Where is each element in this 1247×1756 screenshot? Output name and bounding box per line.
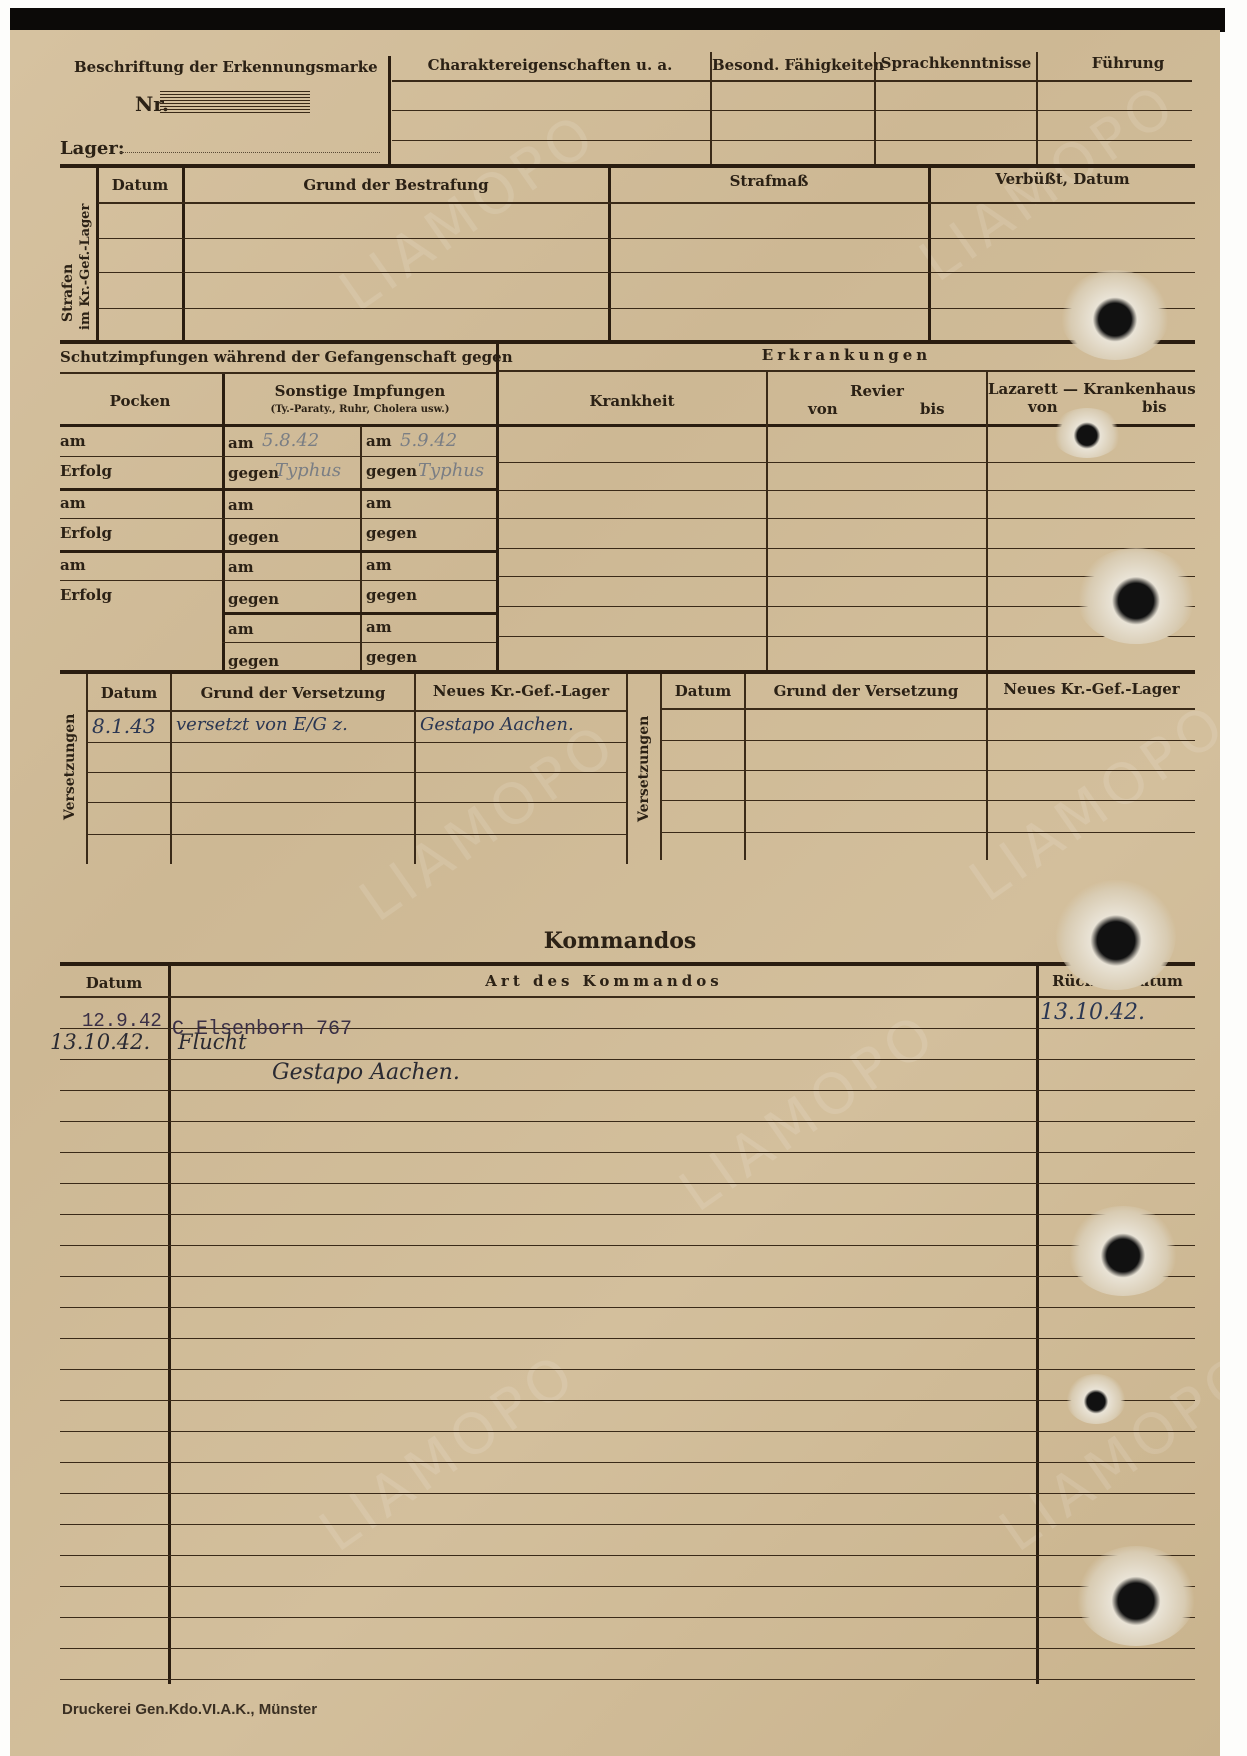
sonstige-gegen-label: gegen <box>228 528 279 546</box>
sonstige-gegen-label: gegen <box>366 648 417 666</box>
lazarett-label: Lazarett — Krankenhaus <box>988 380 1195 398</box>
sonstige-am-label: am <box>228 434 254 452</box>
bullet-hole <box>1056 880 1176 990</box>
vers-left-col-lager: Neues Kr.-Gef.-Lager <box>416 682 626 700</box>
versetzungen-side-label-right: Versetzungen <box>636 716 652 822</box>
kommandos-col-art: Art des Kommandos <box>172 972 1036 990</box>
versetzung-1-datum: 8.1.43 <box>92 714 156 738</box>
revier-label: Revier <box>768 382 986 400</box>
sonstige-am-label: am <box>228 496 254 514</box>
bullet-hole <box>1076 548 1196 644</box>
pocken-am-1: am <box>60 432 86 450</box>
sonstige-label: Sonstige Impfungen <box>224 382 496 400</box>
pocken-erfolg-2: Erfolg <box>60 524 112 542</box>
scan-edge <box>10 8 1225 32</box>
impfungen-title: Schutzimpfungen während der Gefangenscha… <box>60 348 513 366</box>
impfung-2-date: 5.9.42 <box>400 430 457 451</box>
sonstige-am-label: am <box>366 432 392 450</box>
kommando-1-datum: 12.9.42 <box>82 1010 162 1032</box>
vers-left-col-datum: Datum <box>88 684 170 702</box>
lager-field[interactable] <box>120 152 380 153</box>
impfung-2-disease: Typhus <box>418 460 484 481</box>
pocken-am-3: am <box>60 556 86 574</box>
kommandos-col-datum: Datum <box>60 974 168 992</box>
bullet-hole <box>1052 408 1122 458</box>
lager-label: Lager: <box>60 138 125 159</box>
sonstige-am-label: am <box>366 556 392 574</box>
sonstige-gegen-label: gegen <box>366 462 417 480</box>
vers-right-col-lager: Neues Kr.-Gef.-Lager <box>988 680 1195 698</box>
lazarett-von: von <box>1028 398 1058 416</box>
sonstige-gegen-label: gegen <box>228 652 279 670</box>
kommando-2-datum: 13.10.42. <box>50 1030 150 1054</box>
impfung-1-disease: Typhus <box>275 460 341 481</box>
impfung-1-date: 5.8.42 <box>262 430 319 451</box>
printer-imprint: Druckerei Gen.Kdo.VI.A.K., Münster <box>62 1701 317 1718</box>
pocken-label: Pocken <box>60 392 220 410</box>
vers-right-col-grund: Grund der Versetzung <box>746 682 986 700</box>
sonstige-am-label: am <box>366 494 392 512</box>
sonstige-am-label: am <box>228 620 254 638</box>
bullet-hole <box>1066 1374 1126 1424</box>
strafen-side-label: Strafen <box>60 264 76 322</box>
kommandos-title: Kommandos <box>400 928 840 954</box>
kommando-3-art: Gestapo Aachen. <box>272 1060 460 1085</box>
vers-right-col-datum: Datum <box>662 682 744 700</box>
sonstige-am-label: am <box>366 618 392 636</box>
versetzung-1-grund: versetzt von E/G z. <box>176 714 348 735</box>
bullet-hole <box>1076 1546 1196 1646</box>
lazarett-bis: bis <box>1142 398 1167 416</box>
versetzungen-side-label-left: Versetzungen <box>62 714 78 820</box>
strafen-side-label-2: im Kr.-Gef.-Lager <box>78 204 93 330</box>
erkennungsmarke-label: Beschriftung der Erkennungsmarke <box>74 58 378 76</box>
pocken-erfolg-3: Erfolg <box>60 586 112 604</box>
krankheit-label: Krankheit <box>498 392 766 410</box>
revier-von: von <box>808 400 838 418</box>
col-fuehrung: Führung <box>1038 54 1218 72</box>
bullet-hole <box>1060 270 1170 360</box>
sonstige-am-label: am <box>228 558 254 576</box>
strafen-col-strafmass: Strafmaß <box>610 172 928 190</box>
kommando-1-rueckdatum: 13.10.42. <box>1040 1000 1145 1025</box>
strafen-col-datum: Datum <box>98 176 182 194</box>
col-charaktereigenschaften: Charaktereigenschaften u. a. <box>392 56 708 74</box>
sonstige-gegen-label: gegen <box>366 586 417 604</box>
sonstige-gegen-label: gegen <box>228 464 279 482</box>
pocken-erfolg-1: Erfolg <box>60 462 112 480</box>
sonstige-sub: (Ty.-Paraty., Ruhr, Cholera usw.) <box>224 404 496 415</box>
strafen-col-verbuesst: Verbüßt, Datum <box>930 170 1195 188</box>
pocken-am-2: am <box>60 494 86 512</box>
kommando-2-art: Flucht <box>178 1030 247 1054</box>
vers-left-col-grund: Grund der Versetzung <box>172 684 414 702</box>
revier-bis: bis <box>920 400 945 418</box>
strafen-col-grund: Grund der Bestrafung <box>184 176 608 194</box>
sonstige-gegen-label: gegen <box>228 590 279 608</box>
col-sprachkenntnisse: Sprachkenntnisse <box>876 54 1036 72</box>
bullet-hole <box>1068 1206 1178 1296</box>
col-faehigkeiten: Besond. Fähigkeiten <box>712 56 874 74</box>
versetzung-1-lager: Gestapo Aachen. <box>420 714 574 735</box>
sonstige-gegen-label: gegen <box>366 524 417 542</box>
nr-redacted-field <box>160 91 310 115</box>
